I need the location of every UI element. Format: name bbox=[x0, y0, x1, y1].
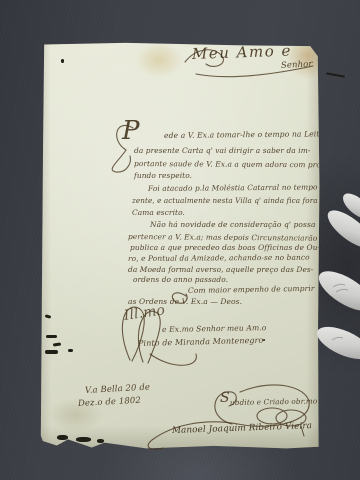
valediction-text: ubdito e Criado obr.mo bbox=[230, 396, 318, 407]
handwriting-line: Não há novidade de consideração q' possa bbox=[150, 220, 316, 229]
handwriting-line: portante saude de V. Ex.a a quem adora c… bbox=[134, 159, 324, 169]
handwriting-line: pertencer a V. Ex.a; mas depois Circunst… bbox=[128, 232, 317, 243]
handwriting-line: publica a que precedeo das boas Officina… bbox=[130, 243, 320, 252]
ink-blot bbox=[61, 59, 64, 63]
valediction-initial: S bbox=[220, 390, 230, 406]
ink-blot bbox=[45, 350, 58, 354]
handwriting-line: Foi atacado p.la Moléstia Catarral no te… bbox=[148, 182, 336, 193]
handwriting-line: ede a V. Ex.a tomar-lhe o tempo na Leitu… bbox=[164, 129, 333, 140]
ink-blot bbox=[68, 349, 73, 352]
stain bbox=[135, 42, 183, 78]
handwriting-line: ro, e Pontual da Amizade, achando-se no … bbox=[128, 253, 310, 263]
ink-blot bbox=[97, 439, 104, 443]
handwriting-line: da presente Carta q' vai dirigir a saber… bbox=[134, 146, 310, 155]
handwriting-line: da Moeda formal averso, aquelle preço da… bbox=[128, 265, 313, 274]
handwriting-line: ordens do anno passado. bbox=[133, 275, 228, 284]
handwriting-line: zente, e actualmente nesta Villa q' aind… bbox=[132, 196, 329, 205]
ink-blot bbox=[57, 435, 68, 440]
addressee-line: e Ex.mo Senhor meu Am.o bbox=[162, 323, 267, 334]
salutation-line: Senhor bbox=[281, 59, 313, 71]
handwriting-line: Cama escrito. bbox=[132, 208, 185, 217]
drop-cap: P bbox=[122, 116, 140, 146]
manuscript-paper: Meu Amo e Senhor P ede a V. Ex.a tomar-l… bbox=[40, 42, 320, 450]
ink-blot bbox=[46, 335, 57, 338]
handwriting-line: fundo respeito. bbox=[134, 171, 192, 180]
ink-blot bbox=[76, 437, 91, 442]
archive-photo: Meu Amo e Senhor P ede a V. Ex.a tomar-l… bbox=[0, 0, 360, 480]
